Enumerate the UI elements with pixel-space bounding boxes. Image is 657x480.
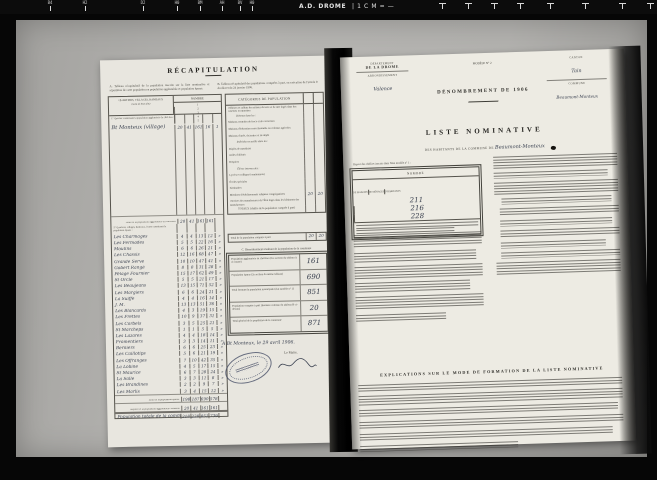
printed-paragraph	[360, 441, 519, 452]
ruler-tick	[488, 3, 500, 9]
note-b: B. Tableau récapitulatif des populations…	[217, 80, 317, 90]
ruler-tick-mark	[143, 6, 144, 11]
arrondissement-label: ARRONDISSEMENT	[346, 73, 418, 78]
liste-title: LISTE NOMINATIVE	[342, 123, 626, 140]
box-c-value: 161	[299, 254, 326, 269]
printed-paragraph	[502, 195, 611, 204]
printed-paragraph	[500, 227, 619, 239]
film-scale-label: | 1 C M = —	[352, 3, 394, 10]
recapitulation-page: RÉCAPITULATION A. Tableau récapitulatif …	[100, 56, 334, 448]
box-c: Population agglomérée au chef-lieu (1re …	[228, 253, 329, 334]
report-table: NOMBRE DE MAISONSDE MÉNAGESD'HABITANTS 2…	[351, 166, 481, 238]
ruler-tick-mark	[177, 6, 178, 11]
box-c-label: Total formant la population municipale (…	[230, 285, 300, 301]
printed-paragraph	[354, 231, 482, 249]
total-row: Population totale de la commune 218 228 …	[115, 409, 227, 420]
box-c-value: 20	[300, 300, 327, 315]
printed-paragraph	[494, 169, 608, 179]
printed-paragraph	[356, 312, 446, 323]
categories-title: CATÉGORIES DE POPULATION	[226, 93, 303, 105]
report-table-header: NOMBRE	[352, 167, 478, 180]
category-value-1	[305, 197, 315, 205]
printed-paragraph	[494, 179, 618, 195]
total-label: Population totale de la commune	[115, 414, 181, 420]
ruler-tick: B4	[44, 1, 56, 11]
box-c-title: C. Dénombrement résultant de la populati…	[226, 246, 327, 252]
box-c-value: 690	[299, 269, 326, 284]
ruler-tick-mark	[520, 4, 521, 9]
mayor-signature	[276, 356, 318, 373]
report-col-header: DE MÉNAGES	[368, 189, 384, 195]
ruler-tick-mark	[585, 4, 586, 9]
ruler-tick: BM	[194, 1, 206, 11]
printed-paragraph	[355, 293, 483, 311]
ruler-tick-mark	[252, 6, 253, 11]
ruler-tick-label: D2	[137, 1, 149, 5]
ruler-tick	[514, 3, 526, 9]
canton-block: CANTON Tain COMMUNE Beaumont-Monteux	[536, 55, 617, 104]
report-caption: Report des chiffres inscrits dans l'état…	[353, 161, 411, 166]
liste-nominative-page: DÉPARTEMENT DE LA DROME ARRONDISSEMENT V…	[340, 49, 636, 450]
signature-block: À Bt Monteux, le 29 avril 1906. Le Maire…	[222, 340, 329, 402]
film-ruler: B4 H2 D2 H0 BM AH BV H0	[0, 0, 657, 14]
ruler-tick-label: B4	[44, 1, 56, 5]
ruler-tick	[616, 3, 628, 9]
place-date: À Bt Monteux, le 29 avril 1906.	[222, 340, 328, 347]
ruler-tick	[644, 3, 656, 9]
blank-rows	[109, 129, 223, 216]
box-c-label: Total général de la population de la com…	[230, 316, 300, 332]
locality-table: QUARTIERS, VILLAGES, HAMEAUX (noms de li…	[108, 94, 229, 419]
printed-paragraph	[500, 205, 619, 217]
categories-col2-header	[313, 93, 323, 103]
printed-paragraph	[355, 280, 470, 294]
report-col-header: DE MAISONS	[353, 190, 368, 195]
photo-area: RÉCAPITULATION A. Tableau récapitulatif …	[16, 20, 647, 457]
note-a: A. Tableau récapitulatif de la populatio…	[109, 82, 209, 92]
ruler-tick-label: H0	[246, 1, 258, 5]
report-col-header: D'HABITANTS	[384, 189, 401, 195]
ruler-tick: AH	[216, 1, 228, 11]
categories-col1-header	[303, 93, 313, 103]
commune-value: Beaumont-Monteux	[556, 93, 598, 99]
canton-label: CANTON	[536, 55, 616, 61]
ruler-tick-mark	[550, 4, 551, 9]
box-c-value: 871	[300, 316, 327, 331]
printed-paragraph	[355, 263, 483, 279]
ruler-tick: D2	[137, 1, 149, 11]
ruler-tick: H2	[79, 1, 91, 11]
category-value-2	[315, 197, 325, 205]
locality-table-header: QUARTIERS, VILLAGES, HAMEAUX (noms de li…	[109, 95, 221, 116]
ruler-tick-mark	[650, 4, 651, 9]
printed-paragraph	[493, 153, 617, 169]
explications-title: EXPLICATIONS SUR LE MODE DE FORMATION DE…	[350, 364, 634, 378]
category-label: TOTAUX (chiffre de la population comptée…	[228, 205, 305, 213]
ruler-tick-label: BV	[234, 1, 246, 5]
ruler-tick	[579, 3, 591, 9]
maire-label: Le Maire,	[284, 350, 297, 354]
title-rule	[205, 75, 221, 76]
header-quartiers-sub: (noms de lieux dits)	[131, 102, 150, 105]
prefecture-stamp	[221, 346, 276, 389]
instructions-left-column	[354, 231, 485, 327]
microfilm-frame: B4 H2 D2 H0 BM AH BV H0	[0, 0, 657, 480]
ruler-tick-label: AH	[216, 1, 228, 5]
box-c-row: Total général de la population de la com…	[230, 316, 327, 333]
commune-label: COMMUNE	[537, 81, 617, 87]
ruler-tick: H0	[171, 1, 183, 11]
explications-body	[358, 377, 624, 456]
ruler-tick	[436, 3, 448, 9]
category-value-2	[315, 205, 325, 212]
instructions-right-column	[493, 153, 621, 279]
ruler-tick: H0	[246, 1, 258, 11]
ruler-tick-mark	[85, 6, 86, 11]
habitants-commune-value: Beaumont-Monteux	[495, 143, 545, 151]
printed-paragraph	[501, 249, 620, 259]
categories-table: CATÉGORIES DE POPULATION Officiers et so…	[225, 92, 327, 215]
ink-mark	[550, 145, 556, 150]
printed-paragraph	[354, 249, 476, 263]
canton-value: Tain	[571, 69, 581, 74]
archive-label: A.D. DROME	[299, 3, 346, 10]
locality-name-header: QUARTIERS, VILLAGES, HAMEAUX (noms de li…	[109, 96, 174, 115]
ruler-tick-mark	[442, 4, 443, 9]
ruler-tick-mark	[494, 4, 495, 9]
total-values: 218 228 851 739	[181, 413, 228, 419]
ruler-tick	[462, 3, 474, 9]
ruler-tick-label: H2	[79, 1, 91, 5]
ruler-tick-label: H0	[171, 1, 183, 5]
category-row: TOTAUX (chiffre de la population comptée…	[228, 205, 325, 214]
categories-total-row: Total de la population comptée à part 20…	[228, 232, 327, 243]
box-c-value: 851	[300, 285, 327, 300]
ruler-tick: BV	[234, 1, 246, 11]
ruler-tick-mark	[200, 6, 201, 11]
box-c-label: Population comptée à part (dernière colo…	[230, 301, 300, 317]
printed-paragraph	[496, 259, 620, 275]
ruler-tick-label: BM	[194, 1, 206, 5]
ruler-tick	[544, 3, 556, 9]
ruler-tick-mark	[622, 4, 623, 9]
locality-nombre-header: NOMBRE 12345	[174, 95, 221, 114]
printed-paragraph	[501, 239, 607, 248]
printed-paragraph	[500, 217, 612, 227]
flourish-rule	[468, 101, 499, 103]
box-c-label: Population éparse (2e section du même ta…	[229, 270, 299, 286]
ruler-tick-mark	[50, 6, 51, 11]
box-c-label: Population agglomérée au chef-lieu (1re …	[229, 254, 299, 270]
ruler-tick-mark	[240, 6, 241, 11]
category-value-2	[313, 104, 323, 112]
ruler-tick-mark	[222, 6, 223, 11]
ruler-tick-mark	[468, 4, 469, 9]
category-value-1	[305, 205, 315, 212]
